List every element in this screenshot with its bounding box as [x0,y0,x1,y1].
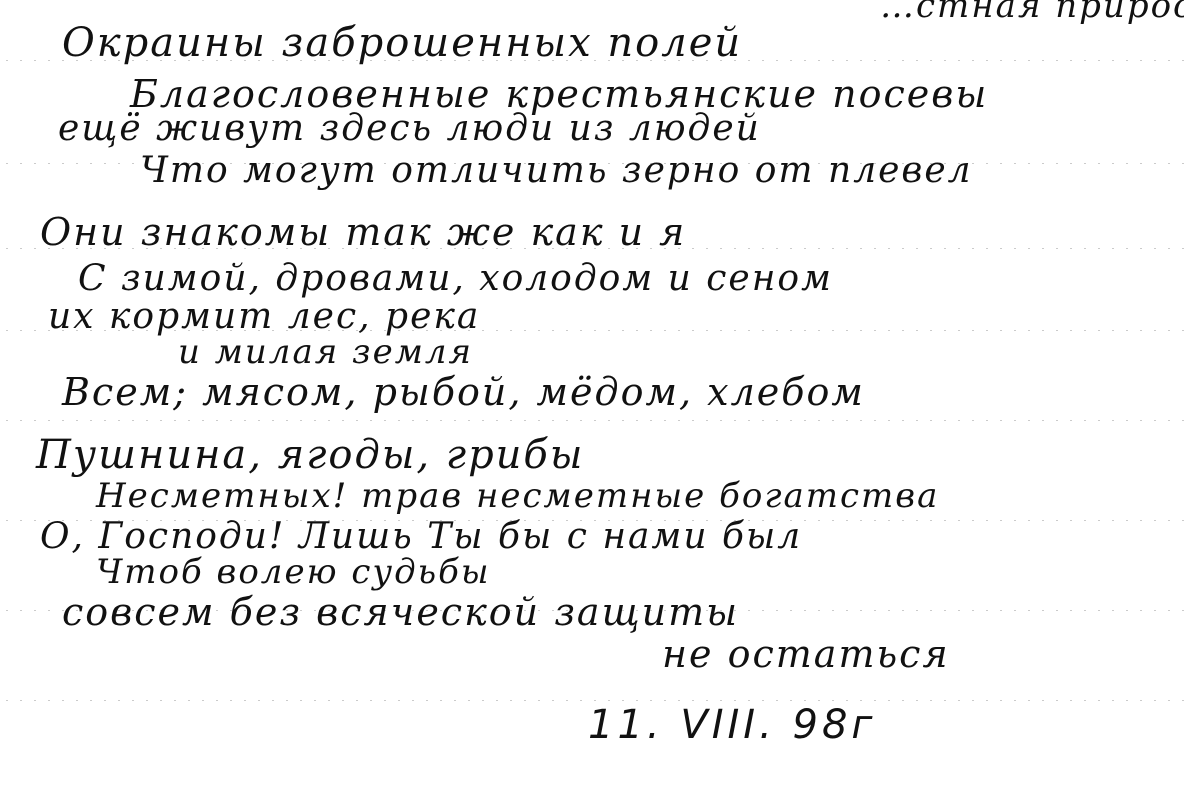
poem-line: Несметных! трав несметные богатства [96,476,939,516]
poem-line: Чтоб волею судьбы [96,552,491,592]
poem-line: их кормит лес, река [48,296,480,337]
poem-line: Всем; мясом, рыбой, мёдом, хлебом [62,370,865,414]
poem-line: С зимой, дровами, холодом и сеном [78,258,833,299]
date: 11. VIII. 98г [588,702,876,748]
poem-line: Что могут отличить зерно от плевел [140,150,973,191]
poem-line: и милая земля [178,332,473,372]
top-fragment: …стная природа [880,0,1184,26]
poem-line: О, Господи! Лишь Ты бы с нами был [40,516,802,557]
ruled-line [0,700,1184,701]
poem-line: Они знакомы так же как и я [40,210,686,254]
poem-line: Окраины заброшенных полей [62,20,742,66]
ruled-line [0,420,1184,421]
poem-line: не остаться [662,632,950,676]
poem-line: ещё живут здесь люди из людей [58,108,761,149]
poem-line: совсем без всяческой защиты [62,590,739,634]
poem-line: Пушнина, ягоды, грибы [36,432,584,478]
